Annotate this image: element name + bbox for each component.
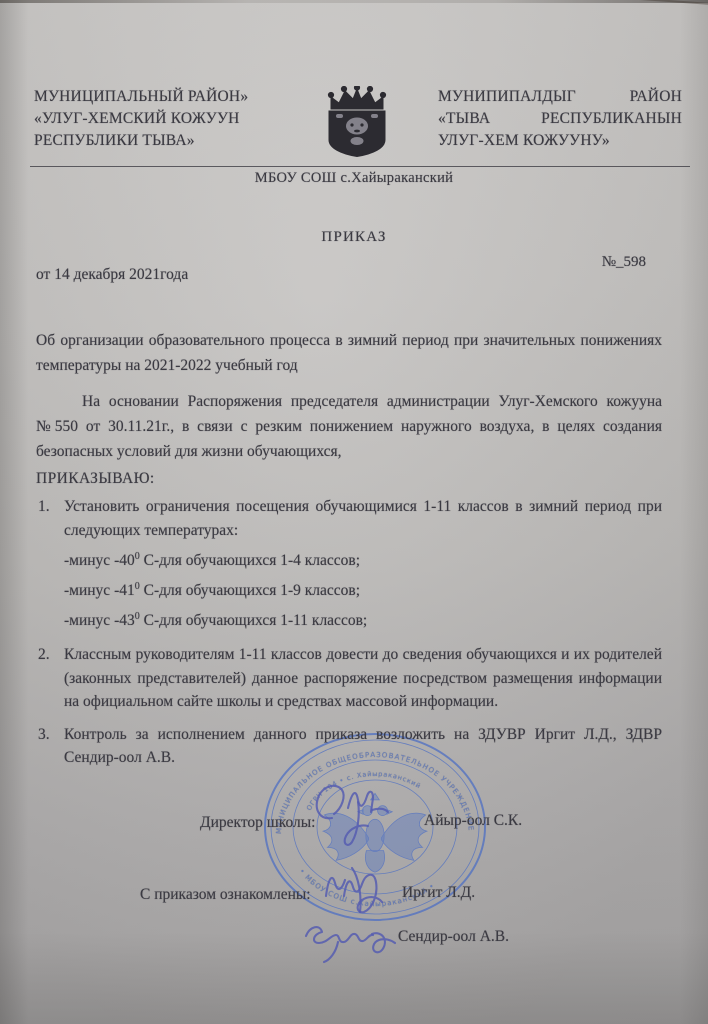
order-items-list: 1. Установить ограничения посещения обуч…	[38, 495, 662, 779]
order-title: ПРИКАЗ	[0, 229, 708, 246]
ack2-signature	[292, 912, 410, 964]
order-subject: Об организации образовательного процесса…	[36, 328, 662, 378]
order-date: от 14 декабря 2021года	[36, 266, 188, 284]
item-text: Классным руководителям 1-11 классов дове…	[64, 643, 662, 714]
temp-line-3: -минус -430 С-для обучающихся 1-11 класс…	[64, 604, 662, 634]
list-item-3: 3. Контроль за исполнением данного прика…	[38, 723, 662, 770]
org-name-tuvan: МУНИПИПАЛДЫГ РАЙОН «ТЫВА РЕСПУБЛИКАНЫН У…	[438, 86, 682, 162]
scanned-order-document: МУНИЦИПАЛЬНЫЙ РАЙОН» «УЛУГ-ХЕМСКИЙ КОЖУУ…	[0, 0, 708, 1024]
directive-word: ПРИКАЗЫВАЮ:	[36, 466, 662, 491]
org-left-line-1: МУНИЦИПАЛЬНЫЙ РАЙОН»	[34, 86, 276, 108]
school-name: МБОУ СОШ с.Хайыраканский	[0, 170, 708, 187]
org-right-line-3: УЛУГ-ХЕМ КОЖУУНУ»	[438, 130, 682, 152]
temp-line-2: -минус -410 С-для обучающихся 1-9 классо…	[64, 574, 662, 604]
org-right-line-1: МУНИПИПАЛДЫГ РАЙОН	[438, 86, 682, 108]
director-signature	[306, 774, 410, 846]
acknowledged-label: С приказом ознакомлены:	[140, 886, 311, 904]
list-item-2: 2. Классным руководителям 1-11 классов д…	[38, 643, 662, 714]
ack2-name: Сендир-оол А.В.	[398, 928, 509, 946]
photo-top-edge	[0, 0, 708, 3]
director-name: Айыр-оол С.К.	[424, 812, 522, 830]
temperature-limits: -минус -400 С-для обучающихся 1-4 классо…	[64, 544, 662, 634]
org-name-russian: МУНИЦИПАЛЬНЫЙ РАЙОН» «УЛУГ-ХЕМСКИЙ КОЖУУ…	[34, 86, 276, 162]
coat-of-arms-icon	[316, 86, 398, 162]
list-item-1: 1. Установить ограничения посещения обуч…	[38, 495, 662, 634]
item-number: 1.	[38, 495, 64, 634]
item-number: 3.	[38, 723, 64, 770]
order-preamble: На основании Распоряжения председателя а…	[36, 389, 662, 464]
director-label: Директор школы:	[200, 814, 315, 832]
ack1-name: Иргит Л.Д.	[402, 884, 475, 902]
org-right-line-2: «ТЫВА РЕСПУБЛИКАНЫН	[438, 108, 682, 130]
item-text: Контроль за исполнением данного приказа …	[64, 723, 662, 770]
letterhead-divider	[30, 166, 690, 167]
org-left-line-2: «УЛУГ-ХЕМСКИЙ КОЖУУН	[34, 108, 276, 130]
org-left-line-3: РЕСПУБЛИКИ ТЫВА»	[34, 130, 276, 152]
letterhead: МУНИЦИПАЛЬНЫЙ РАЙОН» «УЛУГ-ХЕМСКИЙ КОЖУУ…	[34, 86, 682, 162]
item-number: 2.	[38, 643, 64, 714]
ack1-signature	[318, 858, 394, 918]
order-number: №_598	[602, 254, 646, 271]
temp-line-1: -минус -400 С-для обучающихся 1-4 классо…	[64, 544, 662, 574]
item-text: Установить ограничения посещения обучающ…	[64, 495, 662, 542]
